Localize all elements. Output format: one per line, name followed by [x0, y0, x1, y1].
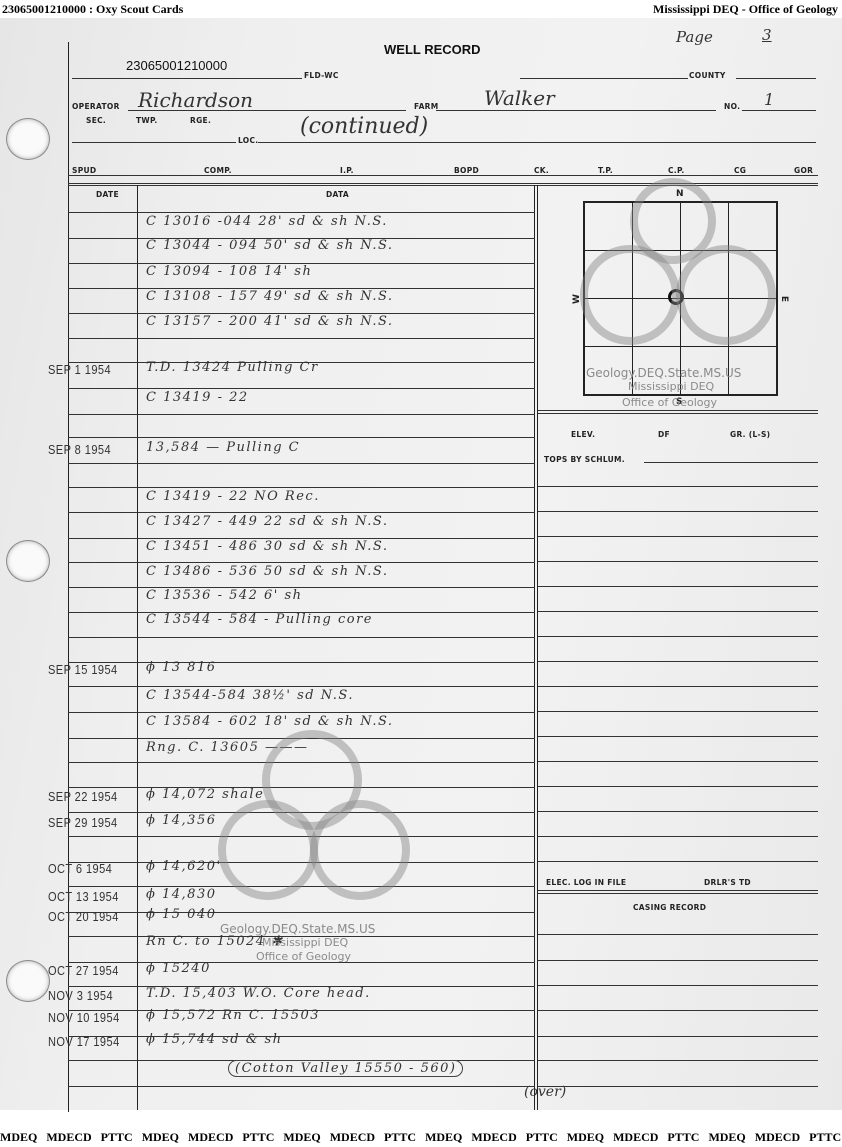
data-column-header: DATA [326, 190, 349, 199]
tops-rule [538, 486, 818, 487]
punch-hole [6, 960, 50, 1002]
watermark-office: Office of Geology [622, 396, 717, 409]
tops-rule [538, 861, 818, 862]
rule [128, 110, 406, 111]
footer-tag: PTTC [526, 1130, 558, 1144]
entry-data: C 13016 -044 28' sd & sh N.S. [146, 214, 388, 229]
footer-tag: MDEQ [567, 1130, 604, 1144]
footer-tag: MDEQ [283, 1130, 320, 1144]
footer-tag: PTTC [667, 1130, 699, 1144]
entry-data: C 13044 - 094 50' sd & sh N.S. [146, 238, 394, 253]
entry-data: ϕ 14,620' [146, 859, 222, 874]
rule [644, 462, 818, 463]
date-stamp: SEP 29 1954 [48, 815, 118, 830]
footer-tag: MDECD [46, 1130, 91, 1144]
date-stamp: SEP 22 1954 [48, 789, 118, 804]
footer-tag: MDECD [613, 1130, 658, 1144]
entry-data: ϕ 14,072 shale [146, 787, 264, 802]
row-rule [68, 712, 535, 713]
date-stamp: OCT 27 1954 [48, 963, 119, 978]
rule [538, 410, 818, 411]
tops-rule [538, 636, 818, 637]
entry-data: T.D. 15,403 W.O. Core head. [146, 986, 371, 1001]
rule [68, 175, 818, 176]
viewer-header: 23065001210000 : Oxy Scout Cards Mississ… [0, 0, 842, 18]
rule [68, 185, 818, 186]
footer-tag: PTTC [242, 1130, 274, 1144]
entry-data: ϕ 15,744 sd & sh [146, 1032, 283, 1047]
data-right-divider [534, 185, 535, 1110]
punch-hole [6, 540, 50, 582]
footer-tag: MDEQ [425, 1130, 462, 1144]
watermark-logo-icon [580, 245, 680, 345]
entry-data: C 13419 - 22 NO Rec. [146, 489, 320, 504]
row-rule [68, 686, 535, 687]
rge-label: RGE. [190, 116, 211, 125]
entry-data: C 13419 - 22 [146, 390, 249, 405]
footer-tag: MDEQ [708, 1130, 745, 1144]
entry-data: ϕ 15 040 [146, 907, 216, 922]
footer-tag: MDEQ [142, 1130, 179, 1144]
entry-data: ϕ 15,572 Rn C. 15503 [146, 1008, 320, 1023]
farm-label: FARM [414, 102, 439, 111]
tops-rule [538, 661, 818, 662]
no-value: 1 [764, 90, 774, 109]
entry-data: T.D. 13424 Pulling Cr [146, 360, 319, 375]
rule [520, 78, 688, 79]
entry-data: C 13536 - 542 6' sh [146, 588, 303, 603]
date-stamp: NOV 10 1954 [48, 1010, 120, 1025]
entry-data: C 13544 - 584 - Pulling core [146, 612, 373, 627]
date-stamp: SEP 15 1954 [48, 662, 118, 677]
page-number: 3 [762, 26, 772, 44]
date-stamp: OCT 20 1954 [48, 909, 119, 924]
date-data-divider [137, 185, 138, 1110]
entry-data: ϕ 14,356 [146, 813, 216, 828]
card-margin-line [68, 42, 69, 1112]
rule [436, 110, 716, 111]
loc-label: LOC. [238, 136, 258, 145]
no-label: NO. [724, 102, 740, 111]
document-id-title: 23065001210000 : Oxy Scout Cards [2, 2, 183, 17]
elev-label: ELEV. [571, 430, 595, 439]
rule [538, 893, 818, 894]
tops-rule [538, 836, 818, 837]
drlr-td-label: DRLR'S TD [704, 878, 751, 887]
entry-data: C 13157 - 200 41' sd & sh N.S. [146, 314, 394, 329]
entry-data: C 13486 - 536 50 sd & sh N.S. [146, 564, 388, 579]
row-rule [68, 912, 535, 913]
casing-rule [538, 1010, 818, 1011]
spud-label: SPUD [72, 166, 96, 175]
casing-rule [538, 960, 818, 961]
row-rule [68, 512, 535, 513]
watermark-logo-icon [676, 245, 776, 345]
row-rule [68, 562, 535, 563]
watermark-office: Office of Geology [256, 950, 351, 963]
cg-label: CG [734, 166, 746, 175]
footer-tag: PTTC [384, 1130, 416, 1144]
operator-label: OPERATOR [72, 102, 120, 111]
row-rule [68, 414, 535, 415]
row-rule [68, 212, 535, 213]
rule [742, 110, 816, 111]
gor-label: GOR [794, 166, 813, 175]
well-record-card [0, 18, 842, 1110]
rule [72, 142, 236, 143]
df-label: DF [658, 430, 670, 439]
comp-label: COMP. [204, 166, 232, 175]
entry-data: C 13584 - 602 18' sd & sh N.S. [146, 714, 394, 729]
date-stamp: OCT 13 1954 [48, 889, 119, 904]
date-stamp: NOV 17 1954 [48, 1034, 120, 1049]
rule [538, 890, 818, 891]
footer-tag: MDECD [188, 1130, 233, 1144]
entry-data: C 13544-584 38½' sd N.S. [146, 688, 354, 703]
watermark-agency: Mississippi DEQ [628, 380, 714, 393]
operator-value: Richardson [138, 88, 253, 112]
bopd-label: BOPD [454, 166, 479, 175]
tops-rule [538, 711, 818, 712]
casing-rule [538, 1060, 818, 1061]
entry-data: C 13094 - 108 14' sh [146, 264, 312, 279]
entry-data: (Cotton Valley 15550 - 560) [228, 1060, 463, 1077]
tops-rule [538, 736, 818, 737]
entry-data: 13,584 — Pulling C [146, 440, 300, 455]
casing-rule [538, 1036, 818, 1037]
footer-tag: MDECD [471, 1130, 516, 1144]
form-title: WELL RECORD [384, 42, 481, 57]
loc-value: (continued) [300, 114, 428, 139]
row-rule [68, 463, 535, 464]
row-rule [68, 338, 535, 339]
date-stamp: SEP 1 1954 [48, 362, 111, 377]
tops-rule [538, 561, 818, 562]
row-rule [68, 662, 535, 663]
data-right-divider [537, 185, 538, 1110]
compass-east: E [779, 296, 789, 302]
tops-rule [538, 536, 818, 537]
row-rule [68, 637, 535, 638]
tops-rule [538, 511, 818, 512]
row-rule [68, 388, 535, 389]
tops-by-schlum-label: TOPS BY SCHLUM. [544, 455, 625, 464]
elec-log-label: ELEC. LOG IN FILE [546, 878, 626, 887]
farm-value: Walker [484, 86, 555, 110]
rule [258, 142, 816, 143]
row-rule [68, 1036, 535, 1037]
casing-rule [538, 985, 818, 986]
cp-label: C.P. [668, 166, 685, 175]
rule [538, 413, 818, 414]
punch-hole [6, 118, 50, 160]
footer-tag: MDECD [755, 1130, 800, 1144]
footer-tag: PTTC [809, 1130, 841, 1144]
entry-data: ϕ 15240 [146, 961, 211, 976]
date-column-header: DATE [96, 190, 119, 199]
row-rule [68, 1086, 535, 1087]
casing-rule [538, 934, 818, 935]
tops-rule [538, 761, 818, 762]
footer-tag: MDECD [330, 1130, 375, 1144]
agency-title: Mississippi DEQ - Office of Geology [653, 2, 838, 17]
gr-label: GR. (L-S) [730, 430, 770, 439]
entry-data: C 13451 - 486 30 sd & sh N.S. [146, 539, 388, 554]
entry-data: C 13427 - 449 22 sd & sh N.S. [146, 514, 388, 529]
page-label: Page [676, 28, 713, 46]
sec-label: SEC. [86, 116, 106, 125]
entry-data: C 13108 - 157 49' sd & sh N.S. [146, 289, 394, 304]
date-stamp: NOV 3 1954 [48, 988, 113, 1003]
tops-rule [538, 686, 818, 687]
casing-record-label: CASING RECORD [633, 903, 706, 912]
watermark-url: Geology.DEQ.State.MS.US [586, 366, 741, 380]
tp-label: T.P. [598, 166, 613, 175]
rule [72, 78, 302, 79]
twp-label: TWP. [136, 116, 158, 125]
row-rule [68, 437, 535, 438]
fld-wc-label: FLD-WC [304, 71, 339, 80]
rule [68, 183, 818, 184]
tops-rule [538, 811, 818, 812]
entry-data: ϕ 14,830 [146, 887, 216, 902]
watermark-logo-icon [218, 800, 318, 900]
row-rule [68, 487, 535, 488]
watermark-url: Geology.DEQ.State.MS.US [220, 922, 375, 936]
rule [736, 78, 816, 79]
casing-rule [538, 1086, 818, 1087]
ip-label: I.P. [340, 166, 354, 175]
date-stamp: OCT 6 1954 [48, 861, 112, 876]
tops-rule [538, 611, 818, 612]
entry-data: ϕ 13 816 [146, 660, 216, 675]
ck-label: CK. [534, 166, 549, 175]
over-note: (over) [524, 1084, 566, 1100]
footer-tag: MDEQ [0, 1130, 37, 1144]
footer-strip: MDEQMDECDPTTCMDEQMDECDPTTCMDEQMDECDPTTCM… [0, 1130, 842, 1145]
api-number: 23065001210000 [126, 58, 227, 73]
county-label: COUNTY [689, 71, 726, 80]
watermark-agency: Mississippi DEQ [262, 936, 348, 949]
tops-rule [538, 586, 818, 587]
watermark-logo-icon [310, 800, 410, 900]
tops-rule [538, 786, 818, 787]
date-stamp: SEP 8 1954 [48, 442, 111, 457]
footer-tag: PTTC [101, 1130, 133, 1144]
